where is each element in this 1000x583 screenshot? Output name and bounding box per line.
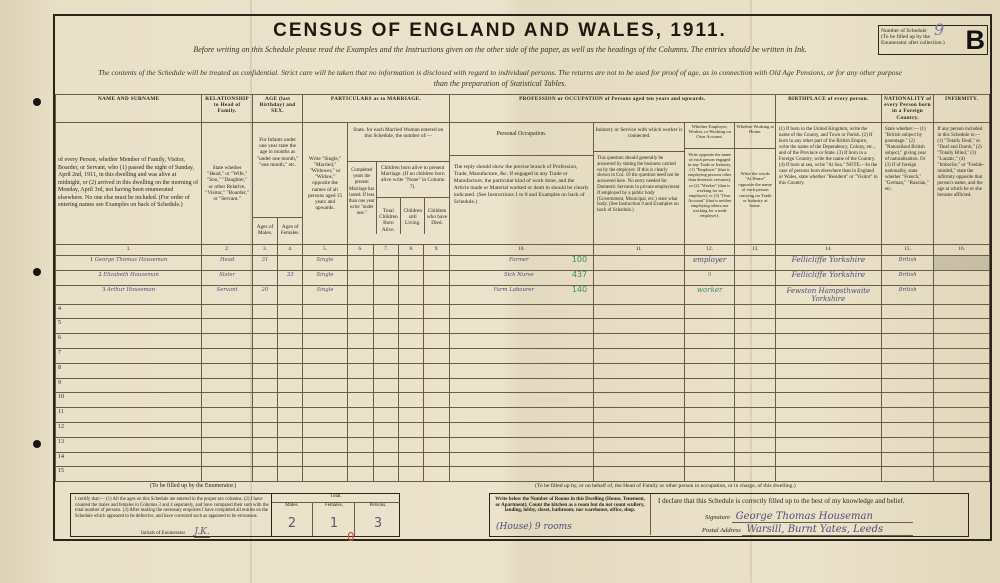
empty-cell[interactable] xyxy=(449,378,593,393)
empty-cell[interactable] xyxy=(373,437,398,452)
empty-cell[interactable] xyxy=(424,348,449,363)
empty-cell[interactable] xyxy=(303,452,347,467)
empty-cell[interactable] xyxy=(424,393,449,408)
empty-cell[interactable] xyxy=(449,363,593,378)
rooms-value[interactable]: (House) 9 rooms xyxy=(496,522,572,532)
empty-cell[interactable] xyxy=(684,393,734,408)
empty-cell[interactable] xyxy=(775,348,881,363)
total-children-label: Total Children Born Alive. xyxy=(377,198,401,234)
empty-cell[interactable] xyxy=(449,393,593,408)
children-died-cell[interactable] xyxy=(424,270,449,285)
empty-cell[interactable] xyxy=(735,363,775,378)
empty-cell[interactable] xyxy=(424,422,449,437)
nationality-instructions: State whether:— (1) "British subject by … xyxy=(881,123,933,245)
empty-cell[interactable] xyxy=(735,319,775,334)
empty-cell[interactable] xyxy=(594,422,685,437)
table-row: 1 George Thomas Houseman Head 31 Single … xyxy=(56,256,990,271)
occupation-code: 140 xyxy=(572,287,587,293)
empty-cell[interactable] xyxy=(424,378,449,393)
initials-label: Initials of Enumerator xyxy=(141,531,185,536)
empty-cell[interactable] xyxy=(775,408,881,423)
children-living-cell[interactable] xyxy=(399,285,424,304)
empty-cell[interactable] xyxy=(252,334,277,349)
males-label: Males. xyxy=(272,503,312,508)
empty-cell[interactable] xyxy=(594,304,685,319)
personal-occupation-instructions: The reply should show the precise branch… xyxy=(450,156,593,214)
header-occupation: PROFESSION or OCCUPATION of Persons aged… xyxy=(449,95,775,123)
empty-cell[interactable] xyxy=(881,378,933,393)
male-age-cell[interactable]: 31 xyxy=(252,256,277,271)
empty-cell[interactable] xyxy=(449,452,593,467)
female-age-cell[interactable] xyxy=(278,285,303,304)
empty-cell[interactable] xyxy=(775,363,881,378)
industry-cell[interactable] xyxy=(594,256,685,271)
empty-cell[interactable] xyxy=(373,408,398,423)
industry-instructions: This question should generally be answer… xyxy=(594,152,684,218)
empty-cell[interactable] xyxy=(449,467,593,482)
table-row: 10 xyxy=(56,393,990,408)
empty-cell[interactable] xyxy=(424,304,449,319)
empty-cell[interactable] xyxy=(594,378,685,393)
occupation-text: Farm Labourer xyxy=(494,287,535,293)
empty-cell[interactable] xyxy=(449,422,593,437)
children-living-cell[interactable] xyxy=(399,270,424,285)
empty-cell[interactable] xyxy=(252,363,277,378)
empty-cell[interactable] xyxy=(347,378,373,393)
empty-cell[interactable] xyxy=(303,393,347,408)
signature-value[interactable]: George Thomas Houseman xyxy=(732,511,913,523)
female-age-cell[interactable]: 33 xyxy=(278,270,303,285)
empty-cell[interactable] xyxy=(424,437,449,452)
empty-cell[interactable] xyxy=(202,348,252,363)
empty-cell[interactable] xyxy=(303,304,347,319)
females-total[interactable]: 1 xyxy=(313,516,355,531)
empty-cell[interactable] xyxy=(399,437,424,452)
empty-cell[interactable] xyxy=(278,319,303,334)
persons-total[interactable]: 3 xyxy=(355,516,401,531)
empty-cell[interactable] xyxy=(373,363,398,378)
empty-cell[interactable] xyxy=(303,408,347,423)
occupation-cell[interactable]: Sick Nurse437 xyxy=(449,270,593,285)
empty-cell[interactable] xyxy=(278,348,303,363)
empty-cell[interactable] xyxy=(278,334,303,349)
empty-cell[interactable] xyxy=(278,452,303,467)
at-home-cell[interactable] xyxy=(735,285,775,304)
empty-cell[interactable] xyxy=(399,304,424,319)
empty-cell[interactable] xyxy=(684,304,734,319)
empty-cell[interactable] xyxy=(399,319,424,334)
address-label: Postal Address xyxy=(702,527,741,534)
empty-cell[interactable] xyxy=(278,408,303,423)
empty-cell[interactable] xyxy=(934,334,990,349)
empty-cell[interactable] xyxy=(775,452,881,467)
employer-status-cell[interactable]: 0 xyxy=(684,270,734,285)
empty-cell[interactable] xyxy=(775,422,881,437)
empty-cell[interactable] xyxy=(303,348,347,363)
household-heading: (To be filled up by, or on behalf of, th… xyxy=(535,483,796,489)
empty-cell[interactable] xyxy=(934,437,990,452)
rooms-instruction: Write below the Number of Rooms in this … xyxy=(490,494,650,517)
employer-label: Whether Employer, Worker, or Working on … xyxy=(685,123,734,149)
column-number: 12. xyxy=(684,245,734,256)
empty-cell[interactable] xyxy=(347,393,373,408)
empty-cell[interactable] xyxy=(202,319,252,334)
empty-cell[interactable] xyxy=(303,422,347,437)
binding-hole xyxy=(33,440,41,448)
empty-cell[interactable] xyxy=(303,378,347,393)
empty-cell[interactable] xyxy=(881,467,933,482)
column-number: 7. xyxy=(373,245,398,256)
relationship-cell[interactable]: Servant xyxy=(202,285,252,304)
table-row: 15 xyxy=(56,467,990,482)
male-age-cell[interactable]: 20 xyxy=(252,285,277,304)
empty-cell[interactable] xyxy=(881,348,933,363)
occupation-code: 100 xyxy=(572,257,587,263)
empty-cell[interactable] xyxy=(252,304,277,319)
empty-cell[interactable] xyxy=(347,452,373,467)
row-number[interactable]: 8 xyxy=(56,363,202,378)
birthplace-cell[interactable]: Fellicliffe Yorkshire xyxy=(775,256,881,271)
total-children-cell[interactable] xyxy=(373,256,398,271)
person-name-cell[interactable]: 2 Elizabeth Houseman xyxy=(56,270,202,285)
household-section: Write below the Number of Rooms in this … xyxy=(489,493,969,537)
empty-cell[interactable] xyxy=(373,304,398,319)
empty-cell[interactable] xyxy=(202,408,252,423)
column-number: 10. xyxy=(449,245,593,256)
empty-cell[interactable] xyxy=(347,334,373,349)
industry-cell[interactable] xyxy=(594,285,685,304)
relationship-cell[interactable]: Sister xyxy=(202,270,252,285)
table-row: 14 xyxy=(56,452,990,467)
empty-cell[interactable] xyxy=(424,467,449,482)
empty-cell[interactable] xyxy=(934,408,990,423)
table-row: 5 xyxy=(56,319,990,334)
empty-cell[interactable] xyxy=(881,363,933,378)
empty-cell[interactable] xyxy=(202,334,252,349)
empty-cell[interactable] xyxy=(735,437,775,452)
empty-cell[interactable] xyxy=(449,304,593,319)
empty-cell[interactable] xyxy=(303,467,347,482)
occupation-cell[interactable]: Farmer100 xyxy=(449,256,593,271)
empty-cell[interactable] xyxy=(735,378,775,393)
married-woman-instructions: State, for each Married Woman entered on… xyxy=(348,123,449,162)
confidential-line-2: than the preparation of Statistical Tabl… xyxy=(60,79,940,88)
empty-cell[interactable] xyxy=(424,452,449,467)
empty-cell[interactable] xyxy=(424,363,449,378)
birthplace-cell[interactable]: Fellicliffe Yorkshire xyxy=(775,270,881,285)
empty-cell[interactable] xyxy=(684,348,734,363)
empty-cell[interactable] xyxy=(303,363,347,378)
empty-cell[interactable] xyxy=(594,334,685,349)
empty-cell[interactable] xyxy=(252,408,277,423)
empty-cell[interactable] xyxy=(202,467,252,482)
person-name-cell[interactable]: 3 Arthur Houseman xyxy=(56,285,202,304)
empty-cell[interactable] xyxy=(399,393,424,408)
relationship-cell[interactable]: Head xyxy=(202,256,252,271)
table-row: 2 Elizabeth Houseman Sister 33 Single Si… xyxy=(56,270,990,285)
empty-cell[interactable] xyxy=(684,422,734,437)
empty-cell[interactable] xyxy=(278,363,303,378)
empty-cell[interactable] xyxy=(278,378,303,393)
children-died-cell[interactable] xyxy=(424,285,449,304)
empty-cell[interactable] xyxy=(684,363,734,378)
empty-cell[interactable] xyxy=(252,467,277,482)
table-row: 6 xyxy=(56,334,990,349)
row-number[interactable]: 11 xyxy=(56,408,202,423)
children-living-label: Children still Living. xyxy=(401,198,425,234)
empty-cell[interactable] xyxy=(202,422,252,437)
empty-cell[interactable] xyxy=(347,304,373,319)
empty-cell[interactable] xyxy=(347,422,373,437)
person-name-cell[interactable]: 1 George Thomas Houseman xyxy=(56,256,202,271)
column-number: 15. xyxy=(881,245,933,256)
nationality-cell[interactable]: British xyxy=(881,256,933,271)
industry-cell[interactable] xyxy=(594,270,685,285)
occupation-cell[interactable]: Farm Labourer140 xyxy=(449,285,593,304)
row-number: 2 xyxy=(99,272,102,278)
binding-hole xyxy=(33,98,41,106)
empty-cell[interactable] xyxy=(424,408,449,423)
empty-cell[interactable] xyxy=(684,452,734,467)
row-number[interactable]: 14 xyxy=(56,452,202,467)
empty-cell[interactable] xyxy=(735,334,775,349)
total-label: Total. xyxy=(272,494,400,503)
marital-status-cell[interactable]: Single xyxy=(303,285,347,304)
empty-cell[interactable] xyxy=(424,319,449,334)
empty-cell[interactable] xyxy=(399,422,424,437)
empty-cell[interactable] xyxy=(735,467,775,482)
empty-cell[interactable] xyxy=(202,437,252,452)
person-name: George Thomas Houseman xyxy=(95,257,168,263)
years-married-cell[interactable] xyxy=(347,270,373,285)
empty-cell[interactable] xyxy=(594,393,685,408)
infirmity-instructions: If any person included in this Schedule … xyxy=(934,123,990,245)
row-number[interactable]: 15 xyxy=(56,467,202,482)
male-age-cell[interactable] xyxy=(252,270,277,285)
empty-cell[interactable] xyxy=(775,437,881,452)
empty-cell[interactable] xyxy=(934,378,990,393)
empty-cell[interactable] xyxy=(252,348,277,363)
column-number: 8. xyxy=(399,245,424,256)
empty-cell[interactable] xyxy=(684,334,734,349)
address-value[interactable]: Warsill, Burnt Yates, Leeds xyxy=(742,524,913,536)
empty-cell[interactable] xyxy=(202,363,252,378)
empty-cell[interactable] xyxy=(399,408,424,423)
empty-cell[interactable] xyxy=(373,467,398,482)
total-children-cell[interactable] xyxy=(373,270,398,285)
infirmity-cell[interactable] xyxy=(934,270,990,285)
empty-cell[interactable] xyxy=(347,319,373,334)
empty-cell[interactable] xyxy=(373,422,398,437)
enumerator-initials[interactable]: J.K. xyxy=(194,527,209,538)
empty-cell[interactable] xyxy=(252,393,277,408)
table-row: 8 xyxy=(56,363,990,378)
empty-cell[interactable] xyxy=(684,408,734,423)
at-home-cell[interactable] xyxy=(735,256,775,271)
infirmity-cell[interactable] xyxy=(934,285,990,304)
schedule-number: 9 xyxy=(934,20,944,39)
empty-cell[interactable] xyxy=(735,348,775,363)
empty-cell[interactable] xyxy=(202,452,252,467)
signature-row: Signature George Thomas Houseman xyxy=(705,511,913,522)
empty-cell[interactable] xyxy=(881,304,933,319)
empty-cell[interactable] xyxy=(934,304,990,319)
empty-cell[interactable] xyxy=(373,334,398,349)
red-annotation: 0 xyxy=(347,530,355,544)
empty-cell[interactable] xyxy=(252,378,277,393)
empty-cell[interactable] xyxy=(303,319,347,334)
employer-status-cell[interactable]: worker xyxy=(684,285,734,304)
empty-cell[interactable] xyxy=(373,393,398,408)
empty-cell[interactable] xyxy=(594,467,685,482)
empty-cell[interactable] xyxy=(881,408,933,423)
empty-cell[interactable] xyxy=(594,437,685,452)
empty-cell[interactable] xyxy=(934,467,990,482)
empty-cell[interactable] xyxy=(881,452,933,467)
birthplace-cell[interactable]: Fewston Hampsthwaite Yorkshire xyxy=(775,285,881,304)
empty-cell[interactable] xyxy=(684,378,734,393)
empty-cell[interactable] xyxy=(449,408,593,423)
empty-cell[interactable] xyxy=(373,348,398,363)
empty-cell[interactable] xyxy=(303,334,347,349)
empty-cell[interactable] xyxy=(775,304,881,319)
empty-cell[interactable] xyxy=(449,437,593,452)
marital-status-cell[interactable]: Single xyxy=(303,270,347,285)
empty-cell[interactable] xyxy=(934,363,990,378)
empty-cell[interactable] xyxy=(775,393,881,408)
years-married-cell[interactable] xyxy=(347,256,373,271)
rooms-box: Write below the Number of Rooms in this … xyxy=(490,494,651,535)
empty-cell[interactable] xyxy=(735,422,775,437)
empty-cell[interactable] xyxy=(399,334,424,349)
marital-status-cell[interactable]: Single xyxy=(303,256,347,271)
employer-status-cell[interactable]: employer xyxy=(684,256,734,271)
empty-cell[interactable] xyxy=(347,363,373,378)
empty-cell[interactable] xyxy=(424,334,449,349)
empty-cell[interactable] xyxy=(252,422,277,437)
row-number[interactable]: 7 xyxy=(56,348,202,363)
empty-cell[interactable] xyxy=(735,304,775,319)
age-females-label: Ages of Females. xyxy=(278,218,302,244)
empty-cell[interactable] xyxy=(594,348,685,363)
empty-cell[interactable] xyxy=(934,348,990,363)
children-died-cell[interactable] xyxy=(424,256,449,271)
empty-cell[interactable] xyxy=(278,437,303,452)
row-number[interactable]: 10 xyxy=(56,393,202,408)
females-label: Females. xyxy=(313,503,355,508)
empty-cell[interactable] xyxy=(373,452,398,467)
children-died-label: Children who have Died. xyxy=(425,198,448,234)
empty-cell[interactable] xyxy=(934,393,990,408)
empty-cell[interactable] xyxy=(399,378,424,393)
empty-cell[interactable] xyxy=(881,319,933,334)
males-total[interactable]: 2 xyxy=(272,516,312,531)
empty-cell[interactable] xyxy=(278,467,303,482)
nationality-cell[interactable]: British xyxy=(881,285,933,304)
row-number[interactable]: 9 xyxy=(56,378,202,393)
empty-cell[interactable] xyxy=(775,378,881,393)
row-number: 3 xyxy=(102,287,105,293)
at-home-cell[interactable] xyxy=(735,270,775,285)
empty-cell[interactable] xyxy=(881,393,933,408)
empty-cell[interactable] xyxy=(594,408,685,423)
empty-cell[interactable] xyxy=(399,363,424,378)
empty-cell[interactable] xyxy=(278,422,303,437)
empty-cell[interactable] xyxy=(347,408,373,423)
empty-cell[interactable] xyxy=(373,378,398,393)
empty-cell[interactable] xyxy=(278,304,303,319)
empty-cell[interactable] xyxy=(735,408,775,423)
empty-cell[interactable] xyxy=(449,348,593,363)
total-children-cell[interactable] xyxy=(373,285,398,304)
empty-cell[interactable] xyxy=(399,467,424,482)
empty-cell[interactable] xyxy=(449,334,593,349)
age-instructions: For Infants under one year state the age… xyxy=(253,123,302,217)
empty-cell[interactable] xyxy=(202,393,252,408)
row-number[interactable]: 6 xyxy=(56,334,202,349)
empty-cell[interactable] xyxy=(775,319,881,334)
empty-cell[interactable] xyxy=(594,319,685,334)
empty-cell[interactable] xyxy=(278,393,303,408)
empty-cell[interactable] xyxy=(347,437,373,452)
empty-cell[interactable] xyxy=(735,452,775,467)
person-name: Arthur Houseman xyxy=(107,287,155,293)
empty-cell[interactable] xyxy=(775,467,881,482)
nationality-cell[interactable]: British xyxy=(881,270,933,285)
empty-cell[interactable] xyxy=(934,319,990,334)
empty-cell[interactable] xyxy=(303,437,347,452)
empty-cell[interactable] xyxy=(252,452,277,467)
row-number[interactable]: 12 xyxy=(56,422,202,437)
empty-cell[interactable] xyxy=(684,467,734,482)
children-instructions: Children born alive to present Marriage.… xyxy=(377,162,449,198)
empty-cell[interactable] xyxy=(735,393,775,408)
empty-cell[interactable] xyxy=(934,422,990,437)
empty-cell[interactable] xyxy=(594,452,685,467)
row-number[interactable]: 4 xyxy=(56,304,202,319)
years-married-cell[interactable] xyxy=(347,285,373,304)
empty-cell[interactable] xyxy=(881,334,933,349)
empty-cell[interactable] xyxy=(881,437,933,452)
table-row: 12 xyxy=(56,422,990,437)
infirmity-cell[interactable] xyxy=(934,256,990,271)
empty-cell[interactable] xyxy=(684,319,734,334)
table-row: 3 Arthur Houseman Servant 20 Single Farm… xyxy=(56,285,990,304)
empty-cell[interactable] xyxy=(347,348,373,363)
empty-cell[interactable] xyxy=(347,467,373,482)
header-nationality: NATIONALITY of every Person born in a Fo… xyxy=(881,95,933,123)
empty-cell[interactable] xyxy=(252,437,277,452)
children-living-cell[interactable] xyxy=(399,256,424,271)
empty-cell[interactable] xyxy=(934,452,990,467)
female-age-cell[interactable] xyxy=(278,256,303,271)
empty-cell[interactable] xyxy=(202,304,252,319)
empty-cell[interactable] xyxy=(449,319,593,334)
row-number[interactable]: 13 xyxy=(56,437,202,452)
empty-cell[interactable] xyxy=(202,378,252,393)
empty-cell[interactable] xyxy=(252,319,277,334)
column-number: 6. xyxy=(347,245,373,256)
empty-cell[interactable] xyxy=(399,452,424,467)
row-number: 1 xyxy=(90,257,93,263)
empty-cell[interactable] xyxy=(594,363,685,378)
empty-cell[interactable] xyxy=(684,437,734,452)
empty-cell[interactable] xyxy=(775,334,881,349)
empty-cell[interactable] xyxy=(881,422,933,437)
empty-cell[interactable] xyxy=(399,348,424,363)
row-number[interactable]: 5 xyxy=(56,319,202,334)
empty-cell[interactable] xyxy=(373,319,398,334)
